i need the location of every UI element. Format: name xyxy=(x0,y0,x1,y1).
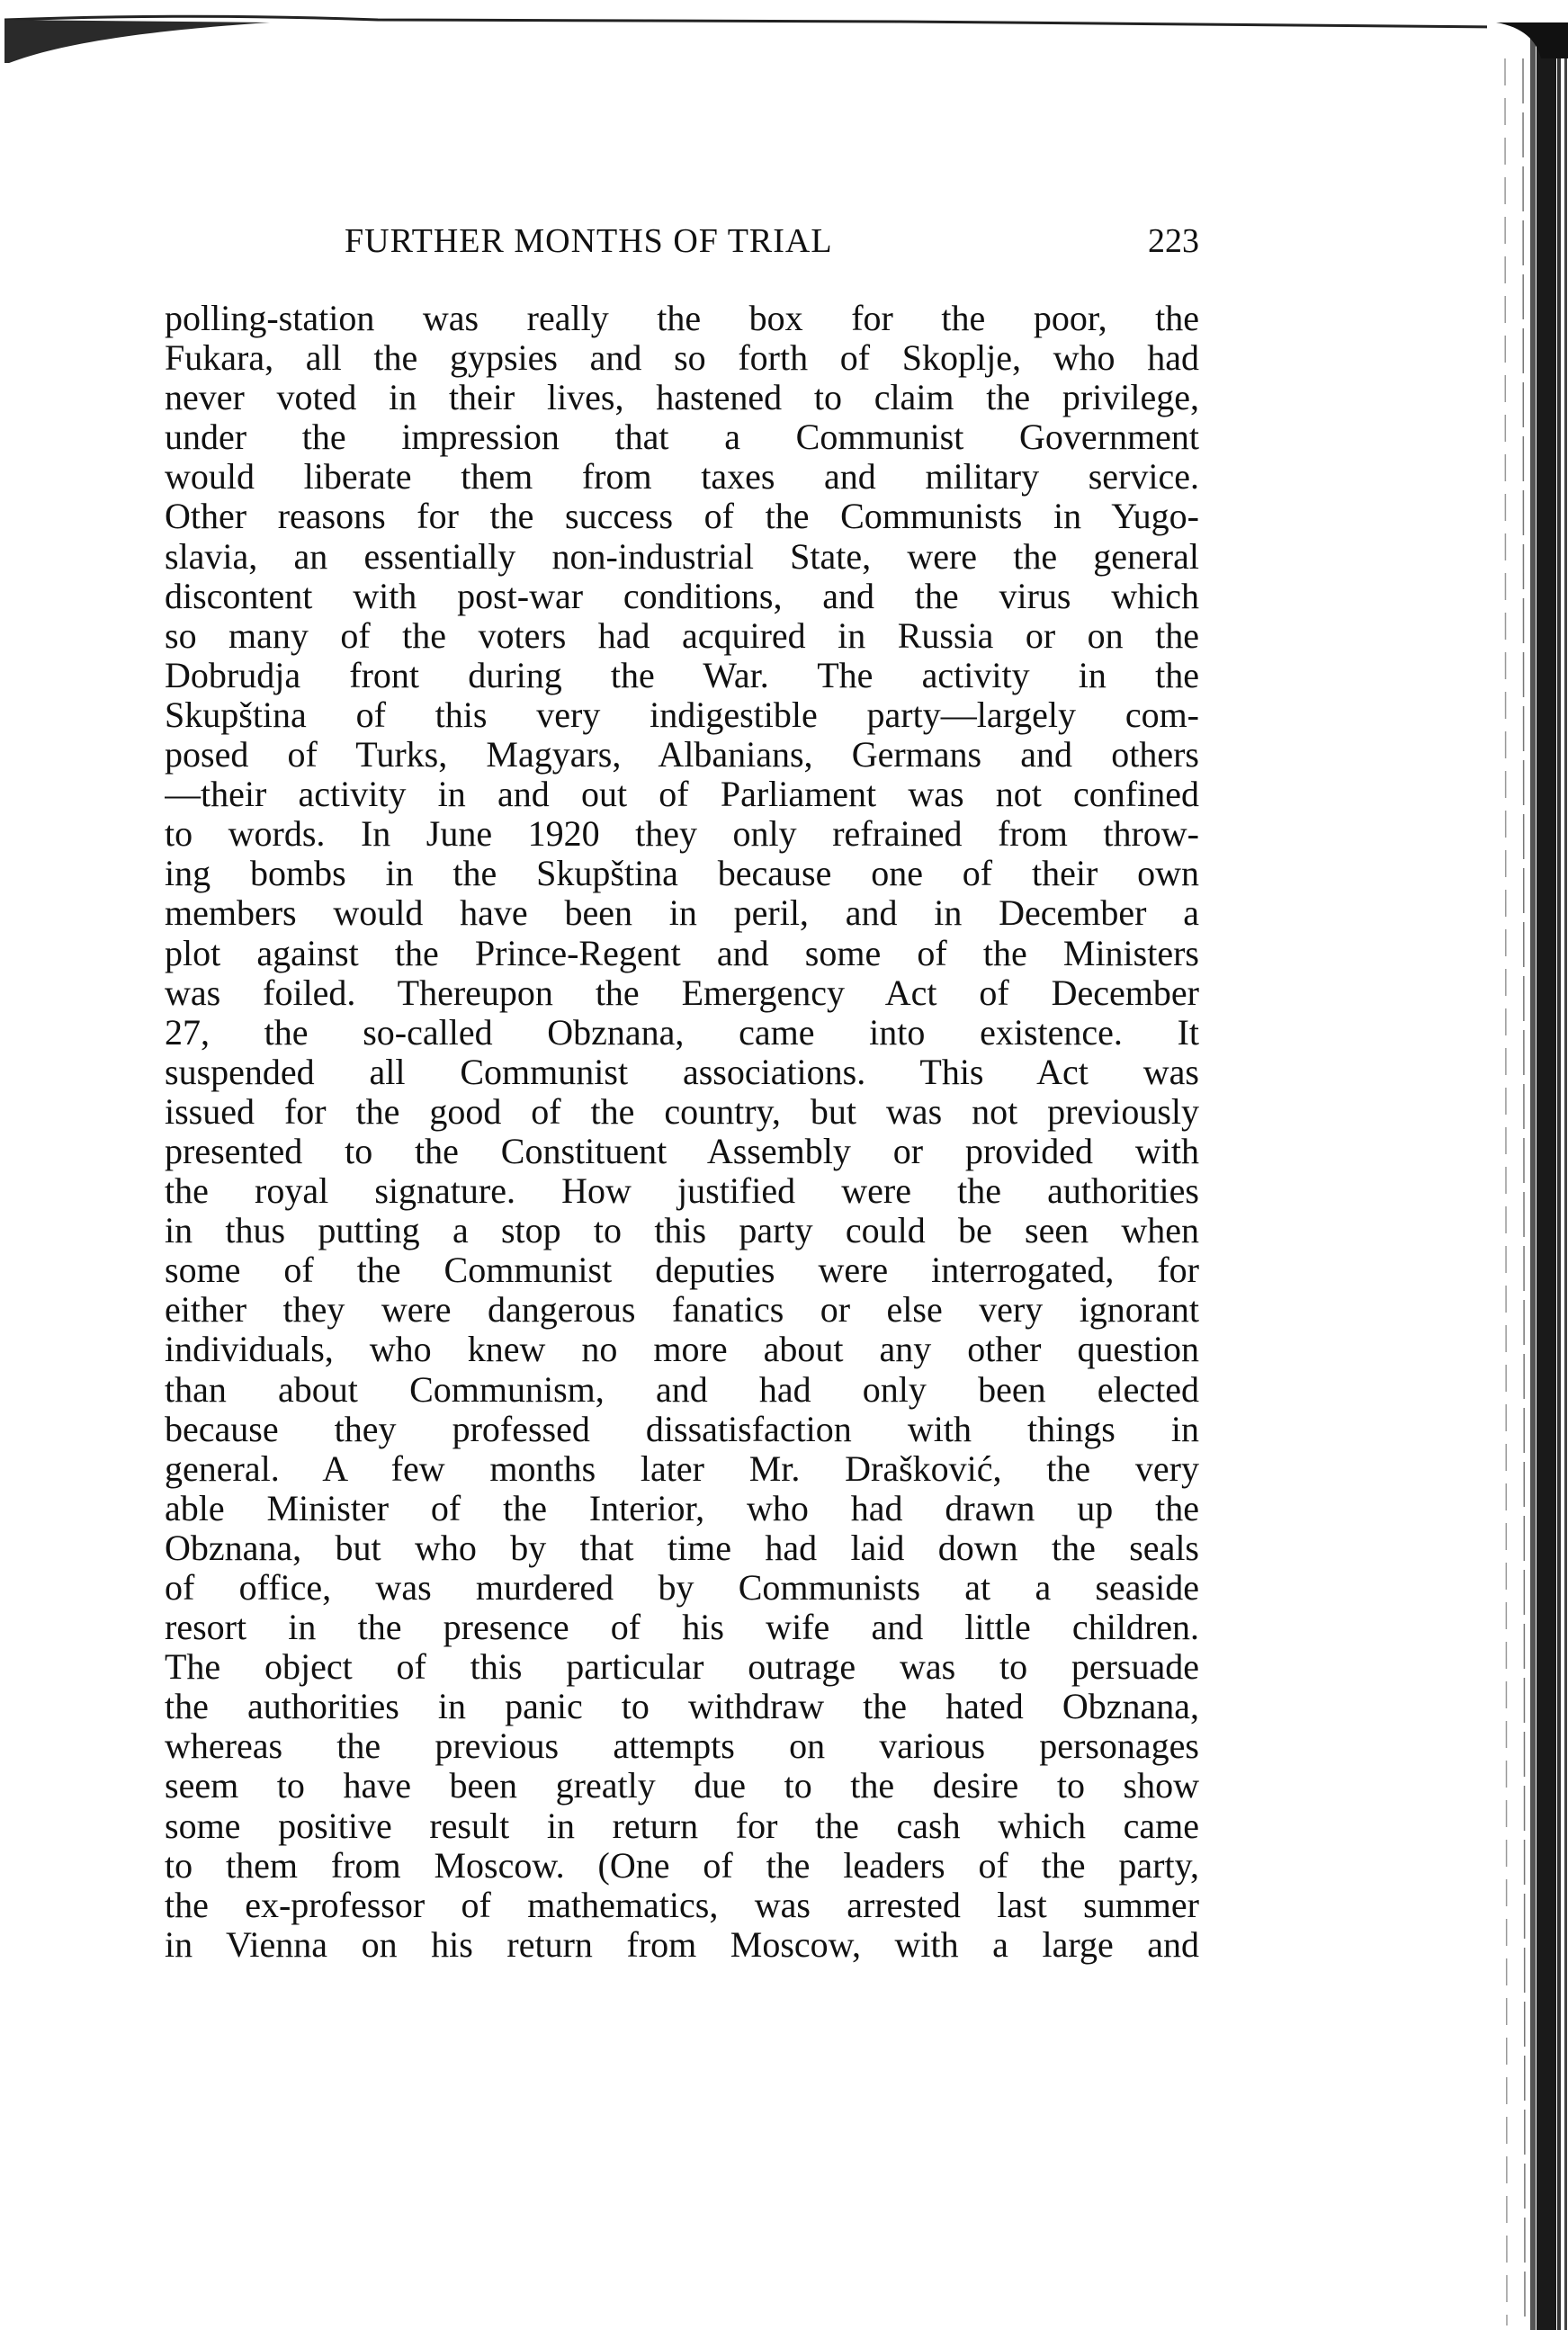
text-line: able Minister of the Interior, who had d… xyxy=(165,1489,1199,1528)
chapter-title: FURTHER MONTHS OF TRIAL xyxy=(345,221,833,261)
text-line: members would have been in peril, and in… xyxy=(165,893,1199,933)
text-line: The object of this particular outrage wa… xyxy=(165,1647,1199,1687)
text-line: polling-station was really the box for t… xyxy=(165,299,1199,338)
text-line: would liberate them from taxes and milit… xyxy=(165,457,1199,497)
text-line: than about Communism, and had only been … xyxy=(165,1370,1199,1410)
text-line: presented to the Constituent Assembly or… xyxy=(165,1132,1199,1171)
body-paragraph: polling-station was really the box for t… xyxy=(165,299,1199,1965)
text-line: under the impression that a Communist Go… xyxy=(165,417,1199,457)
text-line: the royal signature. How justified were … xyxy=(165,1171,1199,1211)
text-line: plot against the Prince-Regent and some … xyxy=(165,934,1199,973)
text-line: slavia, an essentially non-industrial St… xyxy=(165,537,1199,577)
scanned-page-right-edge-shadow xyxy=(1487,22,1568,2330)
scanned-page-top-edge-shadow xyxy=(0,0,1568,63)
text-line: either they were dangerous fanatics or e… xyxy=(165,1290,1199,1330)
running-head: FURTHER MONTHS OF TRIAL 223 xyxy=(345,221,1199,266)
text-line: Obznana, but who by that time had laid d… xyxy=(165,1528,1199,1568)
text-line: general. A few months later Mr. Draškovi… xyxy=(165,1449,1199,1489)
text-line: never voted in their lives, hastened to … xyxy=(165,378,1199,417)
text-line: Other reasons for the success of the Com… xyxy=(165,497,1199,536)
text-line: the ex-professor of mathematics, was arr… xyxy=(165,1886,1199,1925)
text-line: discontent with post-war conditions, and… xyxy=(165,577,1199,616)
text-line: so many of the voters had acquired in Ru… xyxy=(165,616,1199,656)
text-line: to them from Moscow. (One of the leaders… xyxy=(165,1846,1199,1886)
text-line: of office, was murdered by Communists at… xyxy=(165,1568,1199,1608)
text-line: was foiled. Thereupon the Emergency Act … xyxy=(165,973,1199,1013)
text-line: resort in the presence of his wife and l… xyxy=(165,1608,1199,1647)
text-line: in thus putting a stop to this party cou… xyxy=(165,1211,1199,1250)
text-line: issued for the good of the country, but … xyxy=(165,1092,1199,1132)
text-line: Skupština of this very indigestible part… xyxy=(165,695,1199,735)
text-line: whereas the previous attempts on various… xyxy=(165,1726,1199,1766)
text-line: Dobrudja front during the War. The activ… xyxy=(165,656,1199,695)
page-number: 223 xyxy=(1148,221,1199,261)
text-line: individuals, who knew no more about any … xyxy=(165,1330,1199,1369)
text-line: seem to have been greatly due to the des… xyxy=(165,1766,1199,1806)
text-line: Fukara, all the gypsies and so forth of … xyxy=(165,338,1199,378)
text-line: in Vienna on his return from Moscow, wit… xyxy=(165,1925,1199,1965)
text-line: 27, the so-called Obznana, came into exi… xyxy=(165,1013,1199,1053)
text-line: ing bombs in the Skupština because one o… xyxy=(165,854,1199,893)
text-line: because they professed dissatisfaction w… xyxy=(165,1410,1199,1449)
text-line: some of the Communist deputies were inte… xyxy=(165,1250,1199,1290)
text-line: posed of Turks, Magyars, Albanians, Germ… xyxy=(165,735,1199,775)
text-line: —their activity in and out of Parliament… xyxy=(165,775,1199,814)
text-line: suspended all Communist associations. Th… xyxy=(165,1053,1199,1092)
text-line: some positive result in return for the c… xyxy=(165,1806,1199,1846)
text-line: the authorities in panic to withdraw the… xyxy=(165,1687,1199,1726)
text-line: to words. In June 1920 they only refrain… xyxy=(165,814,1199,854)
